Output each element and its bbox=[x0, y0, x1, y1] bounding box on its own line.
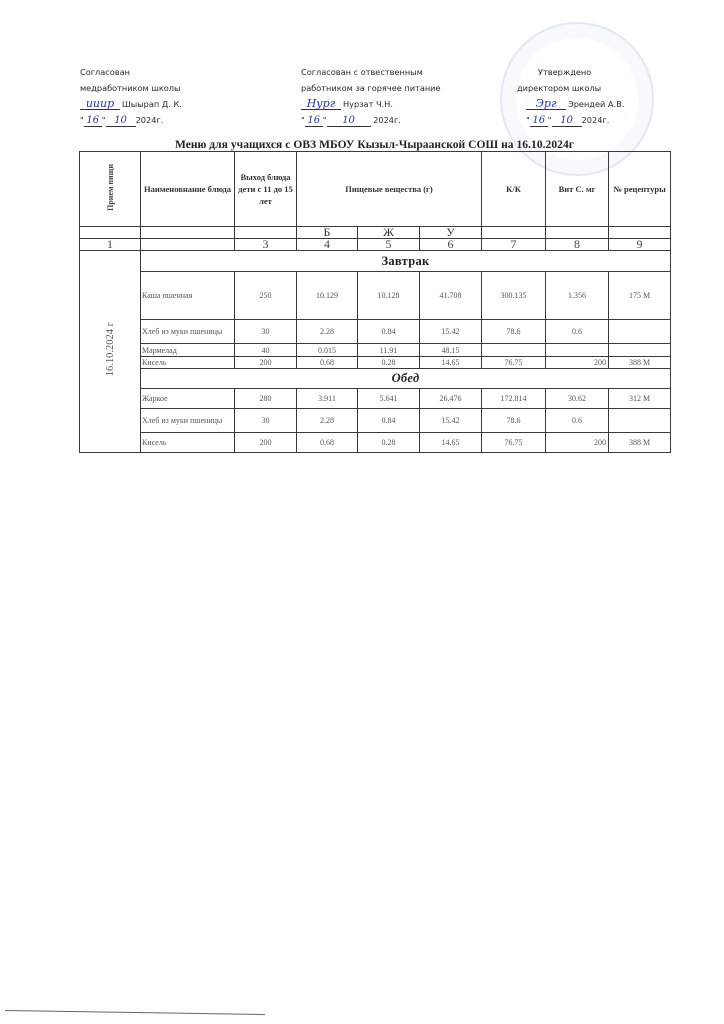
approver-name: Шыырап Д. К. bbox=[122, 99, 182, 109]
approver-name: Эрендей А.В. bbox=[568, 99, 624, 109]
table-row: Кисель 200 0.68 0.28 14.65 76.75 200 388… bbox=[80, 357, 671, 369]
section-title: Обед bbox=[141, 369, 671, 389]
signature: Нург bbox=[301, 98, 341, 110]
approval-status: Согласован bbox=[80, 64, 182, 80]
approval-month: 10 bbox=[327, 116, 371, 127]
menu-date: 16.10.2024 г bbox=[80, 251, 141, 453]
header-row: Прием пищи Наименовнание блюда Выход блю… bbox=[80, 152, 671, 227]
nutrient-subheader-row: Б Ж У bbox=[80, 227, 671, 239]
header-portion: Выход блюда дети с 11 до 15 лет bbox=[235, 152, 297, 227]
section-title: Завтрак bbox=[141, 251, 671, 272]
approval-block: Согласован медработником школы ииирШыыра… bbox=[0, 64, 724, 140]
nutrient-carbs: У bbox=[420, 227, 482, 239]
nutrient-fat: Ж bbox=[358, 227, 420, 239]
section-lunch: Обед bbox=[80, 369, 671, 389]
approval-role: работником за горячее питание bbox=[301, 80, 441, 96]
table-row: Кисель 200 0.68 0.28 14.65 76.75 200 388… bbox=[80, 433, 671, 453]
approval-month: 10 bbox=[106, 116, 136, 127]
header-dish: Наименовнание блюда bbox=[141, 152, 235, 227]
approval-day: 16 bbox=[305, 116, 323, 127]
header-recipe: № рецептуры bbox=[609, 152, 671, 227]
approval-day: 16 bbox=[530, 116, 548, 127]
header-kcal: К/К bbox=[482, 152, 546, 227]
menu-table: Прием пищи Наименовнание блюда Выход блю… bbox=[79, 151, 671, 453]
table-row: Каша пшенная 250 10.129 10.128 41.708 30… bbox=[80, 272, 671, 320]
table-row: Жаркое 280 3.911 5.641 26.476 172.814 30… bbox=[80, 389, 671, 409]
menu-document: Меню для учащихся с ОВЗ МБОУ Кызыл-Чыраа… bbox=[79, 139, 670, 453]
header-meal: Прием пищи bbox=[80, 152, 141, 227]
signature: Эрг bbox=[526, 98, 566, 110]
table-row: Хлеб из муки пшеницы 30 2.28 0.84 15.42 … bbox=[80, 409, 671, 433]
approval-status: Согласован с отвественным bbox=[301, 64, 441, 80]
section-breakfast: 16.10.2024 г Завтрак bbox=[80, 251, 671, 272]
approval-year: 2024г. bbox=[373, 115, 401, 125]
approval-status: Утверждено bbox=[538, 64, 624, 80]
approval-role: директором школы bbox=[517, 80, 624, 96]
footer-rule bbox=[5, 1010, 265, 1015]
table-row: Хлеб из муки пшеницы 30 2.28 0.84 15.42 … bbox=[80, 320, 671, 344]
nutrient-protein: Б bbox=[297, 227, 358, 239]
table-row: Мармелад 40 0.015 11.91 48.15 bbox=[80, 344, 671, 357]
menu-title: Меню для учащихся с ОВЗ МБОУ Кызыл-Чыраа… bbox=[79, 139, 670, 151]
approval-medical: Согласован медработником школы ииирШыыра… bbox=[80, 64, 182, 128]
approval-year: 2024г. bbox=[136, 115, 164, 125]
approval-catering: Согласован с отвественным работником за … bbox=[301, 64, 441, 128]
approval-director: Утверждено директором школы ЭргЭрендей А… bbox=[538, 64, 624, 128]
header-nutrients: Пищевые вещества (г) bbox=[297, 152, 482, 227]
approver-name: Нурзат Ч.Н. bbox=[343, 99, 393, 109]
approval-year: 2024г. bbox=[582, 115, 610, 125]
signature: ииир bbox=[80, 98, 120, 110]
approval-role: медработником школы bbox=[80, 80, 182, 96]
approval-month: 10 bbox=[552, 116, 582, 127]
approval-day: 16 bbox=[84, 116, 102, 127]
column-number-row: 1 3 4 5 6 7 8 9 bbox=[80, 239, 671, 251]
header-vitc: Вит С. мг bbox=[546, 152, 609, 227]
